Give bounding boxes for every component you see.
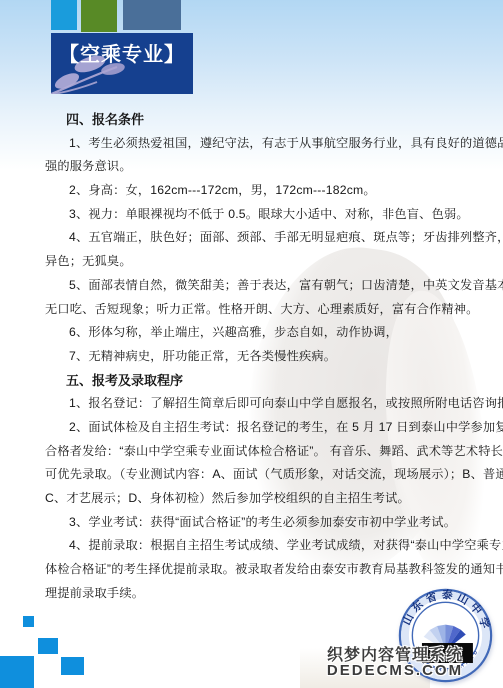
document-text-block: 四、报名条件1、考生必须热爱祖国，遵纪守法，有志于从事航空服务行业，具有良好的道…	[45, 108, 459, 605]
text-line: 6、形体匀称，举止端庄，兴趣高雅，步态自如，动作协调，	[45, 321, 459, 345]
text-line: 7、无精神病史，肝功能正常，无各类慢性疾病。	[45, 345, 459, 369]
text-line: 体检合格证”的考生择优提前录取。被录取者发给由泰安市教育局基教科签发的通知书，办	[45, 558, 459, 582]
text-line: 4、提前录取：根据自主招生考试成绩、学业考试成绩，对获得“泰山中学空乘专业面试	[45, 534, 459, 558]
text-line: C、才艺展示；D、身体初检）然后参加学校组织的自主招生考试。	[45, 487, 459, 511]
decor-square-cyan	[51, 0, 77, 30]
decor-bottom-square-4	[61, 657, 84, 675]
section-heading: 五、报考及录取程序	[45, 369, 459, 393]
text-line: 5、面部表情自然，微笑甜美；善于表达，富有朝气；口齿清楚，中英文发音基本准确，	[45, 274, 459, 298]
decor-square-steel	[123, 0, 181, 30]
text-line: 理提前录取手续。	[45, 582, 459, 606]
watermark: 织梦内容管理系统 DEDECMS.COM	[295, 648, 495, 678]
watermark-text-en: DEDECMS.COM	[295, 663, 495, 678]
text-line: 1、报名登记：了解招生简章后即可向泰山中学自愿报名，或按照所附电话咨询报名。	[45, 392, 459, 416]
text-line: 可优先录取。（专业测试内容：A、面试（气质形象，对话交流，现场展示）；B、普通话…	[45, 463, 459, 487]
text-line: 无口吃、舌短现象；听力正常。性格开朗、大方、心理素质好，富有合作精神。	[45, 298, 459, 322]
decor-bottom-square-1	[23, 616, 34, 627]
text-line: 2、面试体检及自主招生考试：报名登记的考生，在 5 月 17 日到泰山中学参加复…	[45, 416, 459, 440]
text-line: 3、视力：单眼裸视均不低于 0.5。眼球大小适中、对称，非色盲、色弱。	[45, 203, 459, 227]
text-line: 3、学业考试：获得“面试合格证”的考生必须参加泰安市初中学业考试。	[45, 511, 459, 535]
text-line: 强的服务意识。	[45, 155, 459, 179]
decor-bottom-square-3	[0, 656, 34, 688]
watermark-text-cn: 织梦内容管理系统	[295, 648, 495, 663]
decor-bottom-square-2	[38, 638, 58, 654]
section-heading: 四、报名条件	[45, 108, 459, 132]
title-banner: 【空乘专业】	[51, 33, 193, 94]
text-line: 4、五官端正，肤色好；面部、颈部、手部无明显疤痕、斑点等；牙齿排列整齐，无明显	[45, 226, 459, 250]
text-line: 2、身高：女，162cm---172cm，男，172cm---182cm。	[45, 179, 459, 203]
decor-square-green	[81, 0, 117, 32]
banner-title: 【空乘专业】	[51, 38, 193, 67]
text-line: 异色；无狐臭。	[45, 250, 459, 274]
text-line: 合格者发给：“泰山中学空乘专业面试体检合格证”。 有音乐、舞蹈、武术等艺术特长的…	[45, 440, 459, 464]
text-line: 1、考生必须热爱祖国，遵纪守法，有志于从事航空服务行业，具有良好的道德品质和较	[45, 132, 459, 156]
page-background: 【空乘专业】 四、报名条件1、考生必须热爱祖国，遵纪守法，有志于从事航空服务行业…	[0, 0, 503, 688]
